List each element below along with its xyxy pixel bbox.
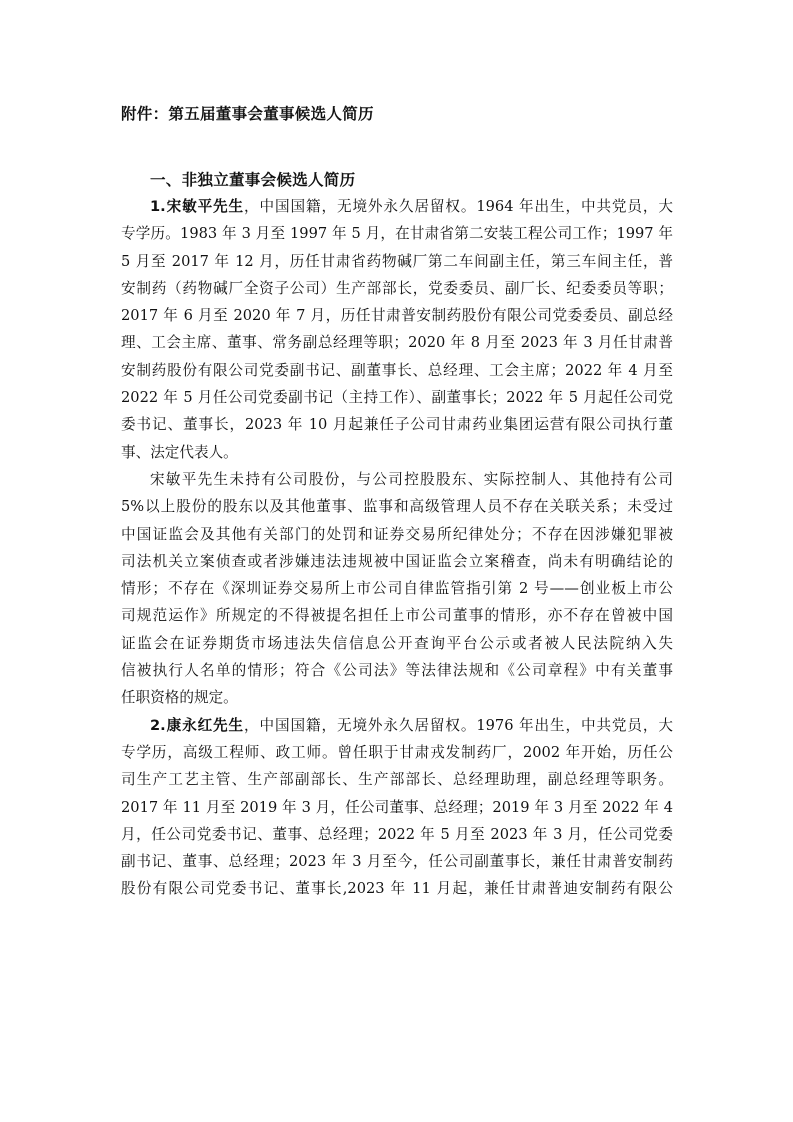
candidate-2-bio-line: 司生产工艺主管、生产部副部长、生产部部长、总经理助理，副总经理等职务。 [121,766,673,793]
candidate-1-compliance-line: 5%以上股份的股东以及其他董事、监事和高级管理人员不存在关联关系；未受过 [121,493,673,520]
candidate-1-compliance-line: 宋敏平先生未持有公司股份，与公司控股股东、实际控制人、其他持有公司 [121,466,673,493]
candidate-1-bio-line: 2022 年 5 月任公司党委副书记（主持工作）、副董事长；2022 年 5 月… [121,384,673,411]
candidate-1-compliance-line: 任职资格的规定。 [121,684,673,711]
candidate-2-intro-line: 2.康永红先生，中国国籍，无境外永久居留权。1976 年出生，中共党员，大 [121,712,673,739]
candidate-1-bio-line: 安制药股份有限公司党委副书记、副董事长、总经理、工会主席；2022 年 4 月至 [121,357,673,384]
candidate-2-bio-line: 股份有限公司党委书记、董事长,2023 年 11 月起，兼任甘肃普迪安制药有限公 [121,875,673,902]
candidate-2-bio-line: 专学历，高级工程师、政工师。曾任职于甘肃戎发制药厂，2002 年开始，历任公 [121,739,673,766]
candidate-1-bio-line: 安制药（药物碱厂全资子公司）生产部部长，党委委员、副厂长、纪委委员等职； [121,275,673,302]
candidate-2-name: 康永红先生 [166,717,244,734]
candidate-1-compliance-line: 司法机关立案侦查或者涉嫌违法违规被中国证监会立案稽查，尚未有明确结论的 [121,548,673,575]
candidate-2-bio-line: ，中国国籍，无境外永久居留权。1976 年出生，中共党员，大 [244,717,673,734]
candidate-2-number: 2. [150,717,166,734]
candidate-2-bio-line: 副书记、董事、总经理；2023 年 3 月至今，任公司副董事长，兼任甘肃普安制药 [121,848,673,875]
document-title: 附件：第五届董事会董事候选人简历 [121,102,374,124]
candidate-1-compliance-line: 中国证监会及其他有关部门的处罚和证券交易所纪律处分；不存在因涉嫌犯罪被 [121,521,673,548]
candidate-1-bio-line: 2017 年 6 月至 2020 年 7 月，历任甘肃普安制药股份有限公司党委委… [121,302,673,329]
candidate-1-bio-line: 事、法定代表人。 [121,439,673,466]
candidate-1-bio-line: 委书记、董事长，2023 年 10 月起兼任子公司甘肃药业集团运营有限公司执行董 [121,411,673,438]
candidate-1-bio-line: ，中国国籍，无境外永久居留权。1964 年出生，中共党员，大 [244,198,673,215]
document-body: 1.宋敏平先生，中国国籍，无境外永久居留权。1964 年出生，中共党员，大 专学… [121,193,673,903]
candidate-2-bio-line: 2017 年 11 月至 2019 年 3 月，任公司董事、总经理；2019 年… [121,794,673,821]
candidate-1-bio-line: 理、工会主席、董事、常务副总经理等职；2020 年 8 月至 2023 年 3 … [121,329,673,356]
candidate-1-compliance-line: 信被执行人名单的情形；符合《公司法》等法律法规和《公司章程》中有关董事 [121,657,673,684]
candidate-1-compliance-line: 情形；不存在《深圳证券交易所上市公司自律监管指引第 2 号——创业板上市公 [121,575,673,602]
candidate-2-bio-line: 月，任公司党委书记、董事、总经理；2022 年 5 月至 2023 年 3 月，… [121,821,673,848]
candidate-1-compliance-line: 司规范运作》所规定的不得被提名担任上市公司董事的情形，亦不存在曾被中国 [121,602,673,629]
candidate-1-intro-line: 1.宋敏平先生，中国国籍，无境外永久居留权。1964 年出生，中共党员，大 [121,193,673,220]
candidate-1-number: 1. [150,198,166,215]
candidate-1-bio-line: 5 月至 2017 年 12 月，历任甘肃省药物碱厂第二车间副主任，第三车间主任… [121,248,673,275]
candidate-1-bio-line: 专学历。1983 年 3 月至 1997 年 5 月，在甘肃省第二安装工程公司工… [121,220,673,247]
candidate-1-name: 宋敏平先生 [166,198,244,215]
document-page: 附件：第五届董事会董事候选人简历 一、非独立董事会候选人简历 1.宋敏平先生，中… [0,0,793,1122]
section-heading: 一、非独立董事会候选人简历 [150,168,355,190]
candidate-1-compliance-line: 证监会在证券期货市场违法失信信息公开查询平台公示或者被人民法院纳入失 [121,630,673,657]
